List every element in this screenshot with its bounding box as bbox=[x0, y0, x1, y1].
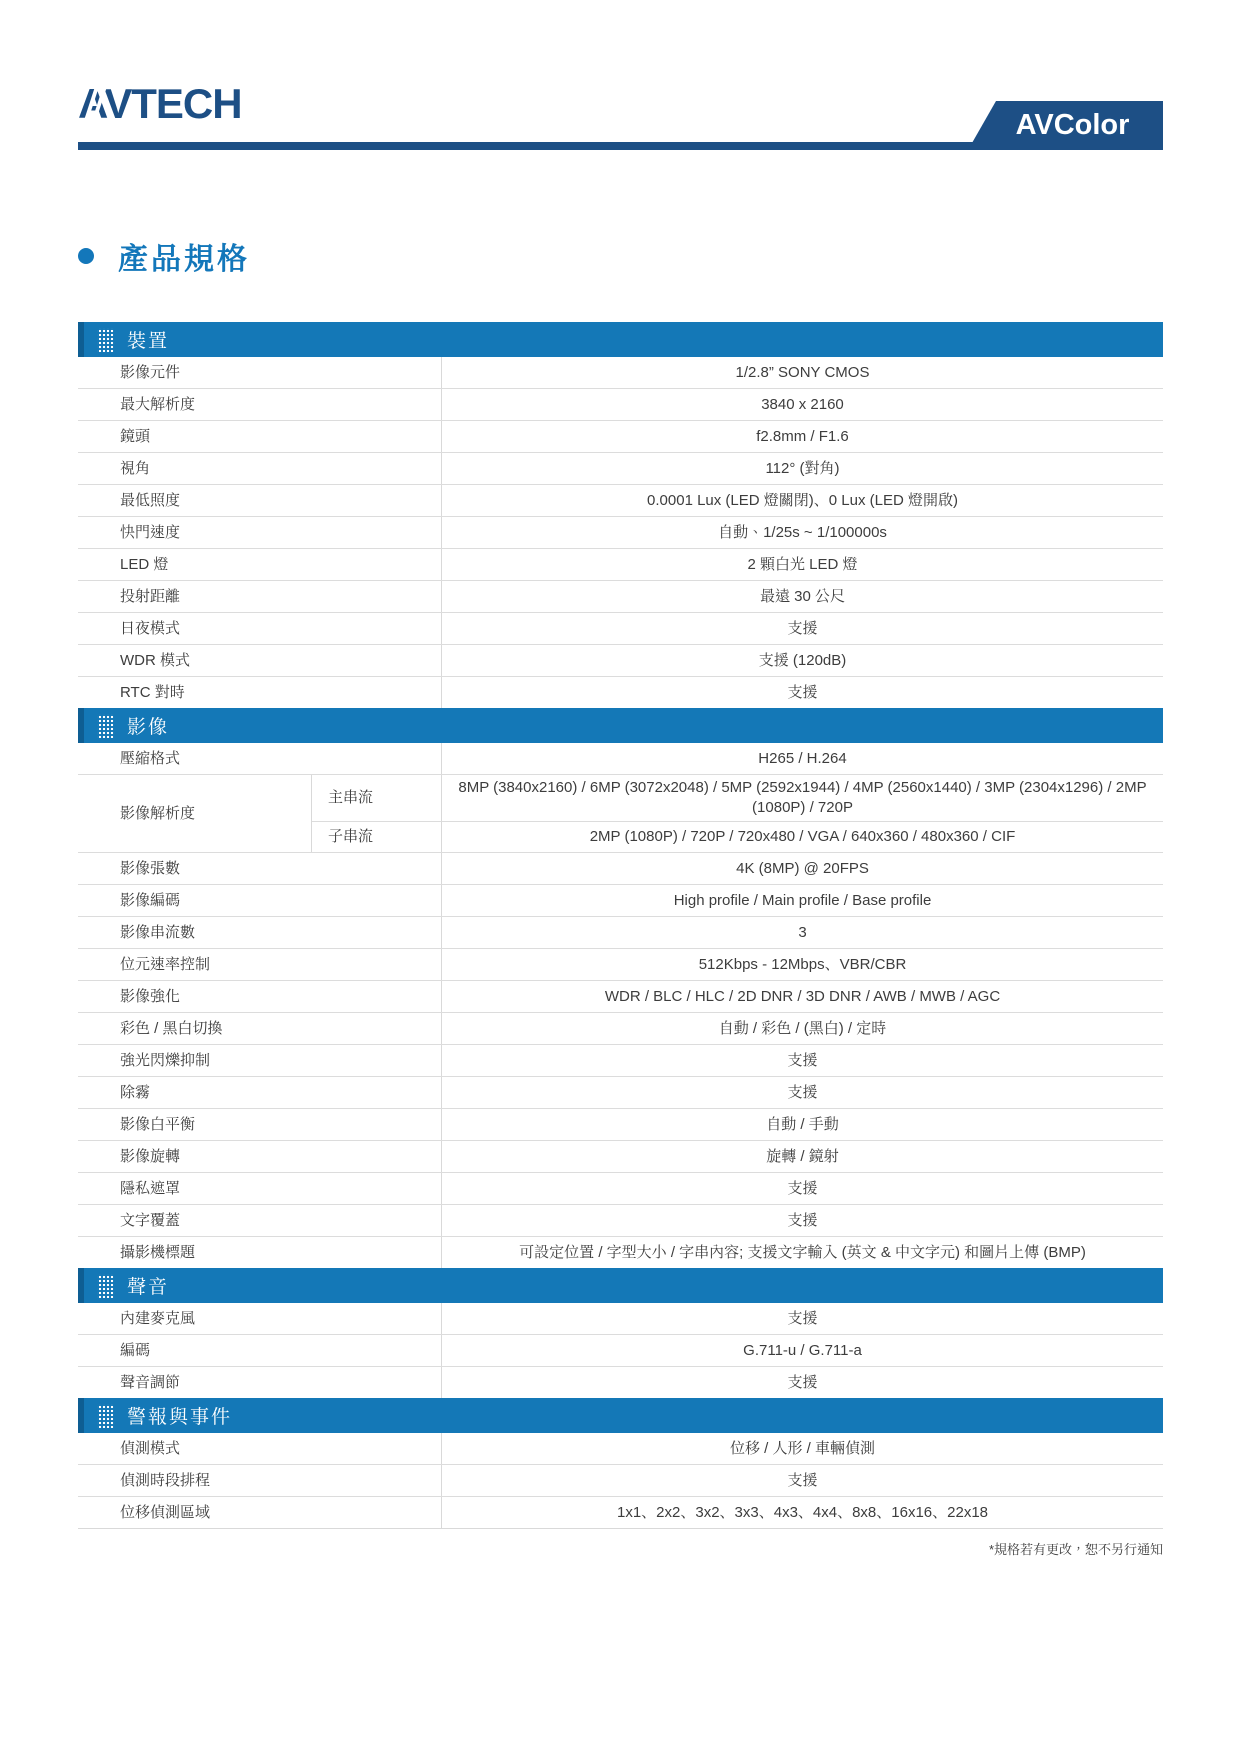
spec-value: 1/2.8” SONY CMOS bbox=[442, 357, 1163, 388]
halftone-square-icon bbox=[97, 1274, 114, 1298]
spec-label: LED 燈 bbox=[78, 549, 442, 580]
table-row: 偵測時段排程 支援 bbox=[78, 1464, 1163, 1496]
header: AVTECH AVColor bbox=[78, 84, 1163, 150]
section-title: 警報與事件 bbox=[127, 1402, 232, 1429]
spec-label: 最大解析度 bbox=[78, 389, 442, 420]
spec-label: 除霧 bbox=[78, 1077, 442, 1108]
spec-label: 視角 bbox=[78, 453, 442, 484]
table-row: 最低照度 0.0001 Lux (LED 燈關閉)、0 Lux (LED 燈開啟… bbox=[78, 484, 1163, 516]
spec-value: High profile / Main profile / Base profi… bbox=[442, 885, 1163, 916]
spec-label: 投射距離 bbox=[78, 581, 442, 612]
spec-value: 最遠 30 公尺 bbox=[442, 581, 1163, 612]
table-row: 影像串流數 3 bbox=[78, 916, 1163, 948]
spec-label: 聲音調節 bbox=[78, 1367, 442, 1398]
table-row: 鏡頭 f2.8mm / F1.6 bbox=[78, 420, 1163, 452]
table-row: 視角 112° (對角) bbox=[78, 452, 1163, 484]
table-row: 影像張數 4K (8MP) @ 20FPS bbox=[78, 852, 1163, 884]
spec-label: 影像強化 bbox=[78, 981, 442, 1012]
spec-value: 支援 bbox=[442, 1303, 1163, 1334]
spec-label: 影像張數 bbox=[78, 853, 442, 884]
spec-value: 512Kbps - 12Mbps、VBR/CBR bbox=[442, 949, 1163, 980]
section-header: 裝置 bbox=[78, 322, 1163, 357]
page-title: 產品規格 bbox=[118, 234, 250, 278]
spec-label: 文字覆蓋 bbox=[78, 1205, 442, 1236]
spec-value: 支援 bbox=[442, 1077, 1163, 1108]
spec-value: 自動 / 彩色 / (黑白) / 定時 bbox=[442, 1013, 1163, 1044]
table-row: 內建麥克風 支援 bbox=[78, 1303, 1163, 1334]
spec-table: 裝置 影像元件 1/2.8” SONY CMOS 最大解析度 3840 x 21… bbox=[78, 322, 1163, 1529]
spec-value: 112° (對角) bbox=[442, 453, 1163, 484]
section-title: 影像 bbox=[127, 712, 169, 739]
table-row: 影像白平衡 自動 / 手動 bbox=[78, 1108, 1163, 1140]
footnote: *規格若有更改，恕不另行通知 bbox=[78, 1539, 1163, 1558]
table-row: 影像強化 WDR / BLC / HLC / 2D DNR / 3D DNR /… bbox=[78, 980, 1163, 1012]
spec-value: 可設定位置 / 字型大小 / 字串內容; 支援文字輸入 (英文 & 中文字元) … bbox=[442, 1237, 1163, 1268]
table-row: 聲音調節 支援 bbox=[78, 1366, 1163, 1398]
spec-value: 支援 bbox=[442, 1367, 1163, 1398]
spec-label: 位元速率控制 bbox=[78, 949, 442, 980]
spec-value: 2MP (1080P) / 720P / 720x480 / VGA / 640… bbox=[442, 821, 1163, 852]
avtech-logo: AVTECH bbox=[78, 84, 242, 124]
section-header: 聲音 bbox=[78, 1268, 1163, 1303]
table-row: 攝影機標題 可設定位置 / 字型大小 / 字串內容; 支援文字輸入 (英文 & … bbox=[78, 1236, 1163, 1268]
section-title: 聲音 bbox=[127, 1272, 169, 1299]
table-row: RTC 對時 支援 bbox=[78, 676, 1163, 708]
spec-sublabel: 主串流 bbox=[312, 775, 442, 821]
table-row: 影像旋轉 旋轉 / 鏡射 bbox=[78, 1140, 1163, 1172]
section-title: 裝置 bbox=[127, 326, 169, 353]
table-row: LED 燈 2 顆白光 LED 燈 bbox=[78, 548, 1163, 580]
spec-value: 2 顆白光 LED 燈 bbox=[442, 549, 1163, 580]
spec-label: 偵測時段排程 bbox=[78, 1465, 442, 1496]
table-row: 壓縮格式 H265 / H.264 bbox=[78, 743, 1163, 774]
spec-label: 攝影機標題 bbox=[78, 1237, 442, 1268]
avcolor-badge: AVColor bbox=[968, 101, 1163, 150]
spec-value: 支援 bbox=[442, 1045, 1163, 1076]
table-row: 影像元件 1/2.8” SONY CMOS bbox=[78, 357, 1163, 388]
spec-value: 自動、1/25s ~ 1/100000s bbox=[442, 517, 1163, 548]
spec-value: 0.0001 Lux (LED 燈關閉)、0 Lux (LED 燈開啟) bbox=[442, 485, 1163, 516]
section-header: 影像 bbox=[78, 708, 1163, 743]
spec-value: 8MP (3840x2160) / 6MP (3072x2048) / 5MP … bbox=[442, 775, 1163, 821]
spec-label: 偵測模式 bbox=[78, 1433, 442, 1464]
table-row: 隱私遮罩 支援 bbox=[78, 1172, 1163, 1204]
avcolor-badge-label: AVColor bbox=[1002, 109, 1130, 142]
spec-label: 影像編碼 bbox=[78, 885, 442, 916]
spec-value: 支援 (120dB) bbox=[442, 645, 1163, 676]
spec-value: f2.8mm / F1.6 bbox=[442, 421, 1163, 452]
spec-label: 影像解析度 bbox=[78, 775, 312, 852]
table-row: 快門速度 自動、1/25s ~ 1/100000s bbox=[78, 516, 1163, 548]
spec-label: 最低照度 bbox=[78, 485, 442, 516]
spec-label: 彩色 / 黑白切換 bbox=[78, 1013, 442, 1044]
spec-label: 鏡頭 bbox=[78, 421, 442, 452]
spec-label: 影像串流數 bbox=[78, 917, 442, 948]
section-header: 警報與事件 bbox=[78, 1398, 1163, 1433]
spec-value: G.711-u / G.711-a bbox=[442, 1335, 1163, 1366]
table-row-split: 影像解析度 主串流8MP (3840x2160) / 6MP (3072x204… bbox=[78, 774, 1163, 852]
spec-value: WDR / BLC / HLC / 2D DNR / 3D DNR / AWB … bbox=[442, 981, 1163, 1012]
spec-label: 強光閃爍抑制 bbox=[78, 1045, 442, 1076]
spec-value: 1x1、2x2、3x2、3x3、4x3、4x4、8x8、16x16、22x18 bbox=[442, 1497, 1163, 1528]
table-row: 最大解析度 3840 x 2160 bbox=[78, 388, 1163, 420]
spec-value: H265 / H.264 bbox=[442, 743, 1163, 774]
spec-value: 自動 / 手動 bbox=[442, 1109, 1163, 1140]
page-container: AVTECH AVColor 產品規格 裝置 影像元件 1/2.8” SONY … bbox=[78, 0, 1163, 1558]
page-title-row: 產品規格 bbox=[78, 234, 1163, 278]
spec-value: 3840 x 2160 bbox=[442, 389, 1163, 420]
spec-value: 位移 / 人形 / 車輛偵測 bbox=[442, 1433, 1163, 1464]
table-row: 影像編碼 High profile / Main profile / Base … bbox=[78, 884, 1163, 916]
halftone-square-icon bbox=[97, 328, 114, 352]
spec-label: RTC 對時 bbox=[78, 677, 442, 708]
table-row: 日夜模式 支援 bbox=[78, 612, 1163, 644]
spec-label: 影像旋轉 bbox=[78, 1141, 442, 1172]
table-row: 編碼 G.711-u / G.711-a bbox=[78, 1334, 1163, 1366]
spec-value: 支援 bbox=[442, 613, 1163, 644]
spec-label: 日夜模式 bbox=[78, 613, 442, 644]
spec-value: 支援 bbox=[442, 1205, 1163, 1236]
halftone-square-icon bbox=[97, 1404, 114, 1428]
spec-value: 支援 bbox=[442, 677, 1163, 708]
spec-label: 影像白平衡 bbox=[78, 1109, 442, 1140]
halftone-square-icon bbox=[97, 714, 114, 738]
spec-label: 位移偵測區域 bbox=[78, 1497, 442, 1528]
spec-subrows: 主串流8MP (3840x2160) / 6MP (3072x2048) / 5… bbox=[312, 775, 1163, 852]
table-row: 偵測模式 位移 / 人形 / 車輛偵測 bbox=[78, 1433, 1163, 1464]
spec-label: 內建麥克風 bbox=[78, 1303, 442, 1334]
table-row: 除霧 支援 bbox=[78, 1076, 1163, 1108]
spec-sheet-page: { "header": { "logo_text": "AVTECH", "ba… bbox=[0, 0, 1241, 1755]
table-row: 位元速率控制 512Kbps - 12Mbps、VBR/CBR bbox=[78, 948, 1163, 980]
spec-value: 3 bbox=[442, 917, 1163, 948]
table-row: 強光閃爍抑制 支援 bbox=[78, 1044, 1163, 1076]
spec-sublabel: 子串流 bbox=[312, 821, 442, 852]
table-row: 文字覆蓋 支援 bbox=[78, 1204, 1163, 1236]
table-row: 彩色 / 黑白切換 自動 / 彩色 / (黑白) / 定時 bbox=[78, 1012, 1163, 1044]
spec-label: 壓縮格式 bbox=[78, 743, 442, 774]
spec-value: 4K (8MP) @ 20FPS bbox=[442, 853, 1163, 884]
spec-label: 影像元件 bbox=[78, 357, 442, 388]
table-row: 投射距離 最遠 30 公尺 bbox=[78, 580, 1163, 612]
spec-label: 快門速度 bbox=[78, 517, 442, 548]
bullet-ring-icon bbox=[78, 248, 94, 264]
spec-label: 隱私遮罩 bbox=[78, 1173, 442, 1204]
table-row: WDR 模式 支援 (120dB) bbox=[78, 644, 1163, 676]
spec-value: 旋轉 / 鏡射 bbox=[442, 1141, 1163, 1172]
spec-value: 支援 bbox=[442, 1173, 1163, 1204]
spec-label: WDR 模式 bbox=[78, 645, 442, 676]
spec-value: 支援 bbox=[442, 1465, 1163, 1496]
spec-label: 編碼 bbox=[78, 1335, 442, 1366]
table-row: 位移偵測區域 1x1、2x2、3x2、3x3、4x3、4x4、8x8、16x16… bbox=[78, 1496, 1163, 1528]
